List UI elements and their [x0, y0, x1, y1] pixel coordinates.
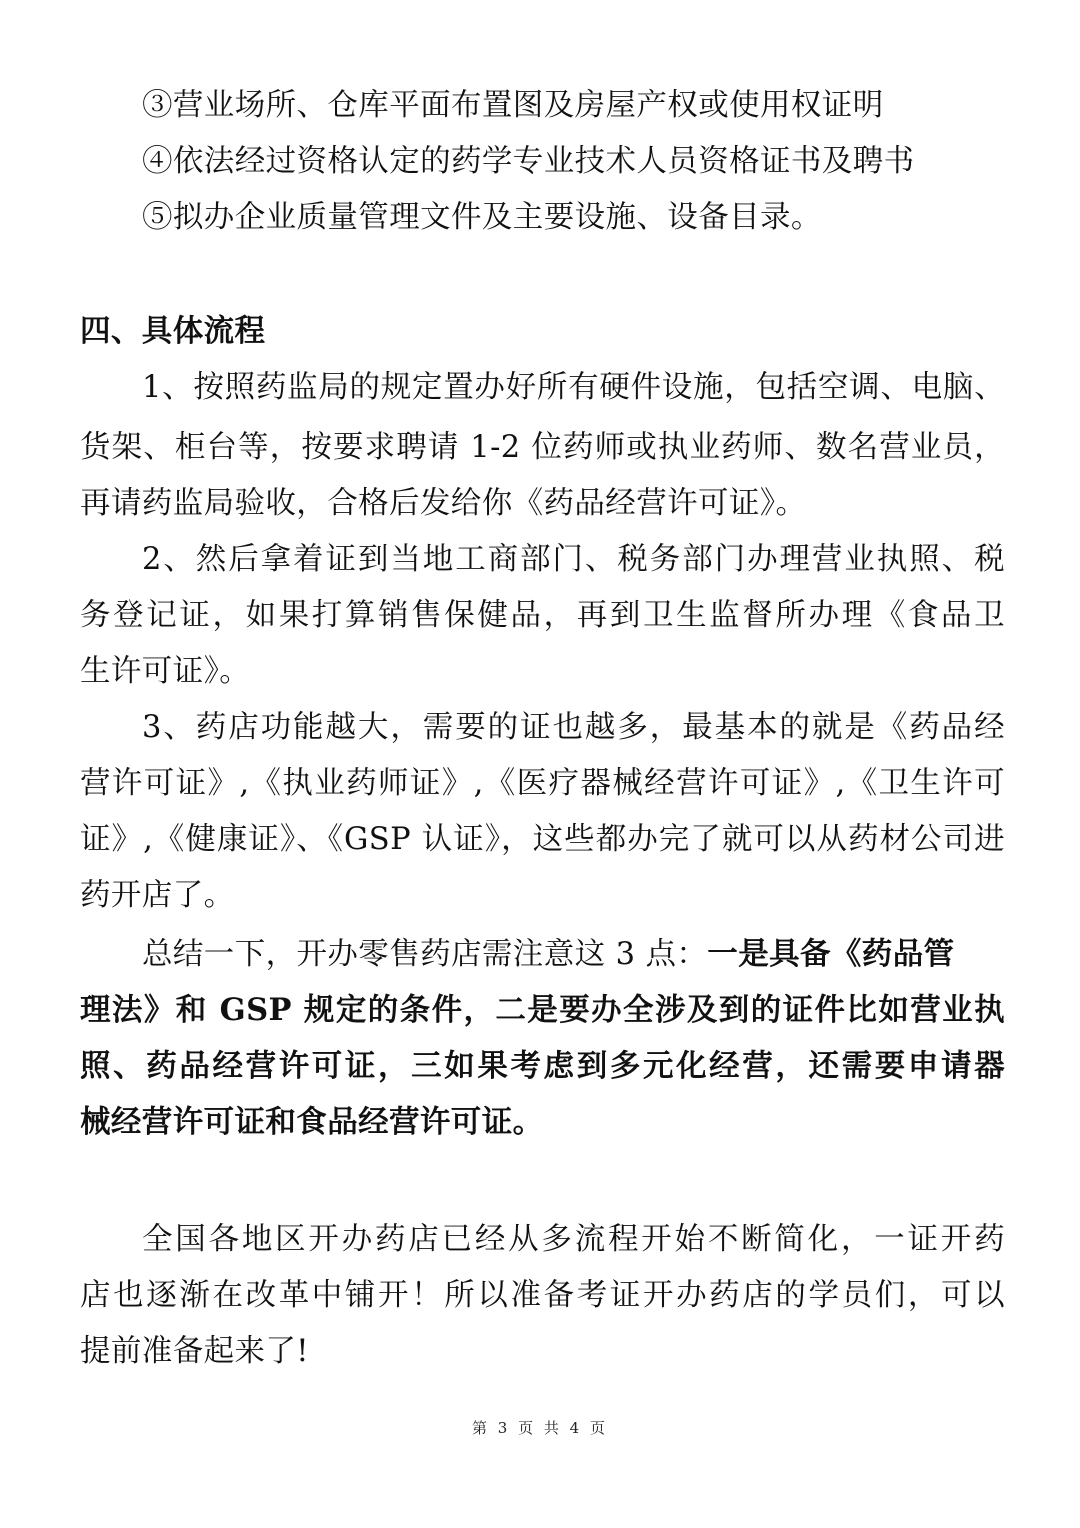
closing-line: 提前准备起来了!: [80, 1332, 1005, 1372]
summary-bold-line: 照、药品经营许可证，三如果考虑到多元化经营，还需要申请器: [80, 1046, 1005, 1086]
paragraph-1-line: 再请药监局验收，合格后发给你《药品经营许可证》。: [80, 484, 1005, 524]
paragraph-1-line: 1、按照药监局的规定置办好所有硬件设施，包括空调、电脑、: [142, 368, 1005, 408]
paragraph-2-line: 2、然后拿着证到当地工商部门、税务部门办理营业执照、税: [142, 540, 1005, 580]
paragraph-1-line: 货架、柜台等，按要求聘请 1-2 位药师或执业药师、数名营业员，: [80, 428, 1005, 468]
page-number: 第 3 页 共 4 页: [0, 1418, 1080, 1438]
summary-bold-line: 械经营许可证和食品经营许可证。: [80, 1102, 1005, 1142]
paragraph-3-line: 药开店了。: [80, 876, 1005, 916]
list-item-3: ③营业场所、仓库平面布置图及房屋产权或使用权证明: [142, 86, 1005, 126]
summary-bold-start: 一是具备《药品管: [707, 936, 954, 972]
closing-line: 全国各地区开办药店已经从多流程开始不断简化，一证开药: [142, 1220, 1005, 1260]
list-item-4: ④依法经过资格认定的药学专业技术人员资格证书及聘书: [142, 142, 1005, 182]
summary-first-line: 总结一下，开办零售药店需注意这 3 点：一是具备《药品管: [142, 934, 1005, 975]
paragraph-2-line: 务登记证，如果打算销售保健品，再到卫生监督所办理《食品卫: [80, 596, 1005, 636]
paragraph-3-line: 证》,《健康证》、《GSP 认证》，这些都办完了就可以从药材公司进: [80, 820, 1005, 860]
list-item-5: ⑤拟办企业质量管理文件及主要设施、设备目录。: [142, 198, 1005, 238]
paragraph-3-line: 3、药店功能越大，需要的证也越多，最基本的就是《药品经: [142, 708, 1005, 748]
closing-line: 店也逐渐在改革中铺开！所以准备考证开办药店的学员们，可以: [80, 1276, 1005, 1316]
section-heading: 四、具体流程: [80, 312, 1005, 352]
paragraph-3-line: 营许可证》,《执业药师证》,《医疗器械经营许可证》,《卫生许可: [80, 764, 1005, 804]
summary-bold-line: 理法》和 GSP 规定的条件，二是要办全涉及到的证件比如营业执: [80, 990, 1005, 1030]
paragraph-2-line: 生许可证》。: [80, 652, 1005, 692]
summary-lead: 总结一下，开办零售药店需注意这 3 点：: [142, 937, 707, 972]
